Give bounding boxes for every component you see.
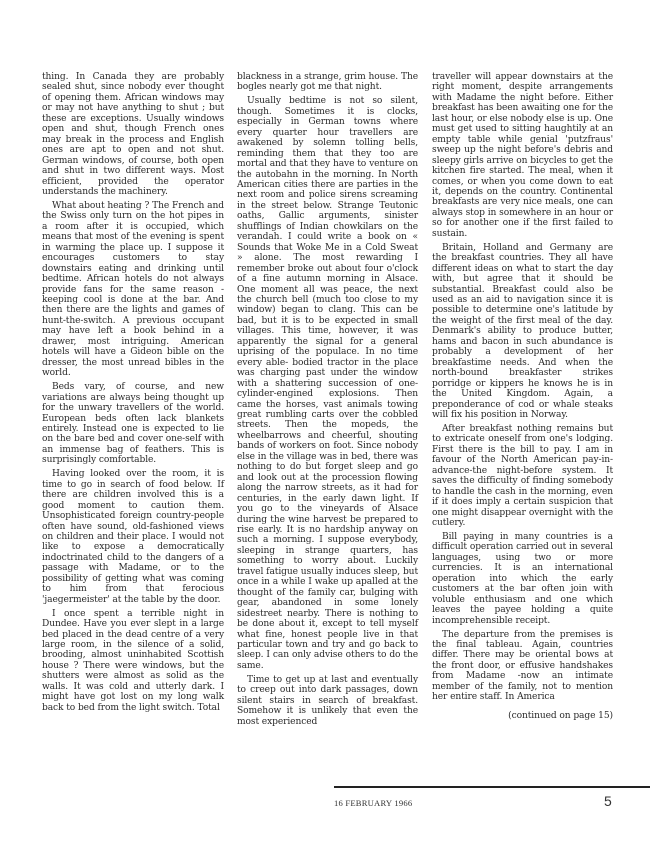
paragraph: thing. In Canada they are probably seale… — [42, 72, 224, 197]
continued-note: (continued on page 15) — [432, 711, 613, 721]
paragraph: The departure from the premises is the f… — [432, 630, 613, 703]
paragraph: Beds vary, of course, and new variations… — [42, 382, 224, 466]
paragraph: traveller will appear downstairs at the … — [432, 72, 613, 239]
paragraph: What about heating ? The French and the … — [42, 201, 224, 379]
article-column-1: thing. In Canada they are probably seale… — [42, 72, 224, 717]
page-number: 5 — [604, 793, 612, 809]
paragraph: blackness in a strange, grim house. The … — [237, 72, 418, 93]
paragraph: Having looked over the room, it is time … — [42, 469, 224, 605]
article-column-3: traveller will appear downstairs at the … — [432, 72, 613, 721]
paragraph: Time to get up at last and eventually to… — [237, 675, 418, 727]
paragraph: I once spent a terrible night in Dundee.… — [42, 609, 224, 714]
paragraph: Usually bedtime is not so silent, though… — [237, 96, 418, 671]
paragraph: After breakfast nothing remains but to e… — [432, 424, 613, 529]
footer-date: 16 FEBRUARY 1966 — [334, 798, 412, 808]
paragraph: Bill paying in many countries is a diffi… — [432, 532, 613, 626]
footer-rule — [334, 786, 650, 788]
article-column-2: blackness in a strange, grim house. The … — [237, 72, 418, 731]
paragraph: Britain, Holland and Germany are the bre… — [432, 243, 613, 421]
